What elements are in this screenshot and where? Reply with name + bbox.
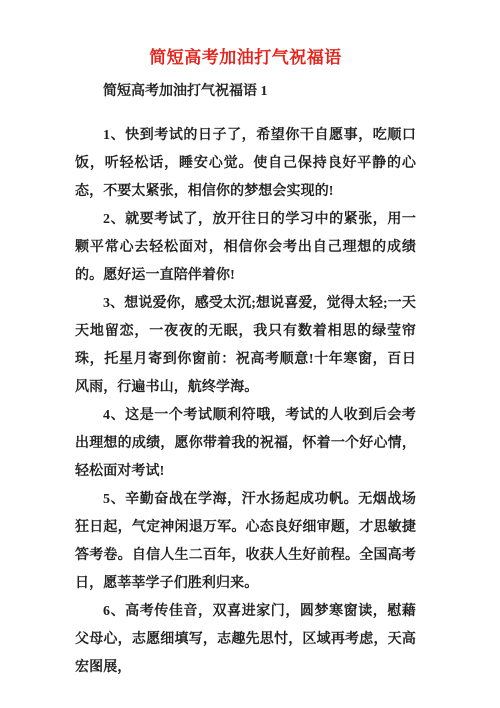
- document-page: 简短高考加油打气祝福语 简短高考加油打气祝福语 1 1、快到考试的日子了，希望你…: [0, 0, 500, 708]
- paragraph-3: 3、想说爱你，感受太沉;想说喜爱，觉得太轻;一天天地留恋，一夜夜的无眠，我只有数…: [75, 290, 416, 402]
- paragraph-5: 5、辛勤奋战在学海，汗水扬起成功帆。无烟战场狂日起，气定神闲退万军。心态良好细审…: [75, 486, 416, 598]
- document-body: 1、快到考试的日子了，希望你干自愿事，吃顺口饭，听轻松话，睡安心觉。使自己保持良…: [75, 122, 416, 682]
- paragraph-6: 6、高考传佳音，双喜进家门，圆梦寒窗读，慰藉父母心，志愿细填写，志趣先思忖，区域…: [75, 598, 416, 682]
- paragraph-2: 2、就要考试了，放开往日的学习中的紧张，用一颗平常心去轻松面对，相信你会考出自己…: [75, 206, 416, 290]
- paragraph-1: 1、快到考试的日子了，希望你干自愿事，吃顺口饭，听轻松话，睡安心觉。使自己保持良…: [75, 122, 416, 206]
- paragraph-4: 4、这是一个考试顺利符哦，考试的人收到后会考出理想的成绩，愿你带着我的祝福，怀着…: [75, 402, 416, 486]
- page-title: 简短高考加油打气祝福语: [75, 46, 416, 70]
- doc-subtitle: 简短高考加油打气祝福语 1: [75, 82, 416, 102]
